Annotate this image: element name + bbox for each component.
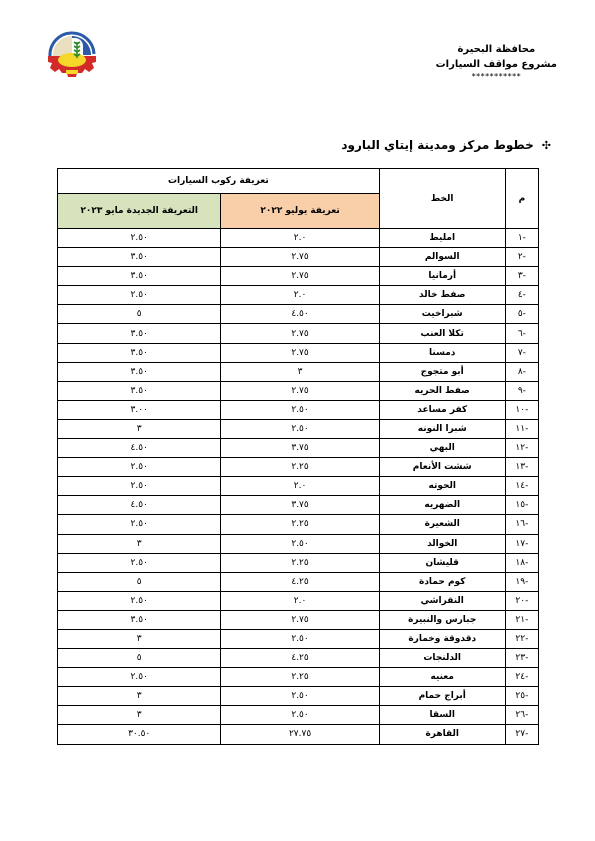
row-number: -١٢ <box>505 439 538 458</box>
route-name: الدلنجات <box>379 649 505 668</box>
row-number: -٢٤ <box>505 668 538 687</box>
table-row: -١٧الخوالد٢.٥٠٣ <box>58 534 539 553</box>
table-row: -٧دمسنا٢.٧٥٣.٥٠ <box>58 343 539 362</box>
row-number: -٢٧ <box>505 725 538 744</box>
fare-july-2022: ٢.٧٥ <box>221 343 379 362</box>
bullet-icon: ✣ <box>542 139 551 152</box>
route-name: صفط خالد <box>379 286 505 305</box>
fare-july-2022: ٣.٧٥ <box>221 496 379 515</box>
fare-new-may-2023: ٢.٥٠ <box>58 477 221 496</box>
table-row: -١امليط٢.٠٢.٥٠ <box>58 229 539 248</box>
fare-july-2022: ٣.٧٥ <box>221 439 379 458</box>
fare-july-2022: ٢.٥٠ <box>221 706 379 725</box>
fare-new-may-2023: ٢.٥٠ <box>58 668 221 687</box>
organization-header: محافظة البحيرة مشروع مواقف السيارات ****… <box>436 42 557 82</box>
fare-july-2022: ٢.٢٥ <box>221 515 379 534</box>
fare-new-may-2023: ٣ <box>58 629 221 648</box>
row-number: -٢١ <box>505 610 538 629</box>
column-header-new-may-2023: التعريفة الجديدة مايو ٢٠٢٣ <box>58 194 221 229</box>
route-name: أبو متجوج <box>379 362 505 381</box>
fare-july-2022: ٢.٧٥ <box>221 610 379 629</box>
table-row: -١٤الحوته٢.٠٢.٥٠ <box>58 477 539 496</box>
row-number: -٢٥ <box>505 687 538 706</box>
fare-july-2022: ٢.٧٥ <box>221 267 379 286</box>
governorate-name: محافظة البحيرة <box>436 42 557 57</box>
fare-july-2022: ٢.٧٥ <box>221 324 379 343</box>
fare-new-may-2023: ٢.٥٠ <box>58 458 221 477</box>
fare-july-2022: ٢.٢٥ <box>221 458 379 477</box>
fare-new-may-2023: ٣.٠٠ <box>58 400 221 419</box>
table-row: -١٥الضهريه٣.٧٥٤.٥٠ <box>58 496 539 515</box>
row-number: -١٨ <box>505 553 538 572</box>
route-name: الشعيرة <box>379 515 505 534</box>
row-number: -٢٣ <box>505 649 538 668</box>
row-number: -١٥ <box>505 496 538 515</box>
route-name: جبارس والنبيرة <box>379 610 505 629</box>
row-number: -٥ <box>505 305 538 324</box>
fare-july-2022: ٢.٠ <box>221 286 379 305</box>
route-name: دقدوقة وخمارة <box>379 629 505 648</box>
table-row: -٦تكلا العنب٢.٧٥٣.٥٠ <box>58 324 539 343</box>
fare-new-may-2023: ٣٠.٥٠ <box>58 725 221 744</box>
row-number: -٢٦ <box>505 706 538 725</box>
row-number: -١٠ <box>505 400 538 419</box>
route-name: كوم حمادة <box>379 572 505 591</box>
fare-july-2022: ٤.٥٠ <box>221 305 379 324</box>
fare-july-2022: ٢.٠ <box>221 229 379 248</box>
fare-new-may-2023: ٣.٥٠ <box>58 610 221 629</box>
route-name: السقا <box>379 706 505 725</box>
fare-new-may-2023: ٣ <box>58 687 221 706</box>
route-name: الخوالد <box>379 534 505 553</box>
table-row: -٢٣الدلنجات٤.٢٥٥ <box>58 649 539 668</box>
fare-july-2022: ٢.٢٥ <box>221 668 379 687</box>
column-header-route: الخط <box>379 169 505 229</box>
route-name: النقراشي <box>379 591 505 610</box>
table-row: -٣أرمانيا٢.٧٥٣.٥٠ <box>58 267 539 286</box>
table-row: -٤صفط خالد٢.٠٢.٥٠ <box>58 286 539 305</box>
route-name: أرمانيا <box>379 267 505 286</box>
table-row: -١٢البهي٣.٧٥٤.٥٠ <box>58 439 539 458</box>
fare-july-2022: ٢.٥٠ <box>221 400 379 419</box>
section-title-text: خطوط مركز ومدينة إيتاي البارود <box>341 138 533 152</box>
fare-july-2022: ٤.٢٥ <box>221 649 379 668</box>
table-row: -٨أبو متجوج٣٣.٥٠ <box>58 362 539 381</box>
table-row: -١٦الشعيرة٢.٢٥٢.٥٠ <box>58 515 539 534</box>
route-name: دمسنا <box>379 343 505 362</box>
fare-july-2022: ٢.٢٥ <box>221 553 379 572</box>
row-number: -١٦ <box>505 515 538 534</box>
route-name: امليط <box>379 229 505 248</box>
table-row: -٢٢دقدوقة وخمارة٢.٥٠٣ <box>58 629 539 648</box>
row-number: -٩ <box>505 381 538 400</box>
row-number: -٢ <box>505 248 538 267</box>
fare-new-may-2023: ٣ <box>58 534 221 553</box>
fare-table: م الخط تعريفة ركوب السيارات تعريفة يوليو… <box>57 168 539 745</box>
table-row: -٩صفط الحريه٢.٧٥٣.٥٠ <box>58 381 539 400</box>
table-row: -٢٧القاهرة٢٧.٧٥٣٠.٥٠ <box>58 725 539 744</box>
fare-new-may-2023: ٣ <box>58 419 221 438</box>
fare-new-may-2023: ٤.٥٠ <box>58 439 221 458</box>
route-name: قليشان <box>379 553 505 572</box>
table-row: -١١شبرا النونه٢.٥٠٣ <box>58 419 539 438</box>
fare-july-2022: ٣ <box>221 362 379 381</box>
route-name: الحوته <box>379 477 505 496</box>
fare-july-2022: ٢.٧٥ <box>221 381 379 400</box>
fare-new-may-2023: ٢.٥٠ <box>58 229 221 248</box>
row-number: -٣ <box>505 267 538 286</box>
route-name: صفط الحريه <box>379 381 505 400</box>
row-number: -٢٠ <box>505 591 538 610</box>
route-name: شبرا النونه <box>379 419 505 438</box>
fare-july-2022: ٢.٥٠ <box>221 534 379 553</box>
row-number: -١٣ <box>505 458 538 477</box>
table-row: -٢٤معنيه٢.٢٥٢.٥٠ <box>58 668 539 687</box>
route-name: الضهريه <box>379 496 505 515</box>
fare-new-may-2023: ٢.٥٠ <box>58 515 221 534</box>
row-number: -١ <box>505 229 538 248</box>
row-number: -٦ <box>505 324 538 343</box>
beheira-governorate-logo-icon <box>42 22 102 82</box>
fare-new-may-2023: ٢.٥٠ <box>58 591 221 610</box>
table-row: -١٩كوم حمادة٤.٢٥٥ <box>58 572 539 591</box>
fare-july-2022: ٢.٥٠ <box>221 687 379 706</box>
table-row: -١٠كفر مساعد٢.٥٠٣.٠٠ <box>58 400 539 419</box>
table-row: -١٨قليشان٢.٢٥٢.٥٠ <box>58 553 539 572</box>
route-name: البهي <box>379 439 505 458</box>
fare-july-2022: ٢.٥٠ <box>221 419 379 438</box>
fare-new-may-2023: ٣.٥٠ <box>58 381 221 400</box>
fare-new-may-2023: ٣.٥٠ <box>58 324 221 343</box>
table-row: -٢٥أبراج حمام٢.٥٠٣ <box>58 687 539 706</box>
fare-july-2022: ٢٧.٧٥ <box>221 725 379 744</box>
row-number: -٧ <box>505 343 538 362</box>
fare-new-may-2023: ٢.٥٠ <box>58 286 221 305</box>
fare-new-may-2023: ٥ <box>58 649 221 668</box>
header-separator: *********** <box>436 72 557 82</box>
table-row: -٢٠النقراشي٢.٠٢.٥٠ <box>58 591 539 610</box>
fare-new-may-2023: ٥ <box>58 305 221 324</box>
table-row: -١٣ششت الأنعام٢.٢٥٢.٥٠ <box>58 458 539 477</box>
fare-july-2022: ٢.٠ <box>221 591 379 610</box>
route-name: كفر مساعد <box>379 400 505 419</box>
table-row: -٢١جبارس والنبيرة٢.٧٥٣.٥٠ <box>58 610 539 629</box>
route-name: أبراج حمام <box>379 687 505 706</box>
route-name: معنيه <box>379 668 505 687</box>
row-number: -٤ <box>505 286 538 305</box>
row-number: -٨ <box>505 362 538 381</box>
fare-new-may-2023: ٣ <box>58 706 221 725</box>
column-group-fares: تعريفة ركوب السيارات <box>58 169 380 194</box>
fare-new-may-2023: ٤.٥٠ <box>58 496 221 515</box>
route-name: القاهرة <box>379 725 505 744</box>
fare-new-may-2023: ٣.٥٠ <box>58 362 221 381</box>
fare-new-may-2023: ٣.٥٠ <box>58 267 221 286</box>
route-name: ششت الأنعام <box>379 458 505 477</box>
fare-july-2022: ٢.٥٠ <box>221 629 379 648</box>
fare-july-2022: ٤.٢٥ <box>221 572 379 591</box>
project-name: مشروع مواقف السيارات <box>436 57 557 72</box>
row-number: -٢٢ <box>505 629 538 648</box>
fare-new-may-2023: ٢.٥٠ <box>58 553 221 572</box>
row-number: -١٤ <box>505 477 538 496</box>
fare-new-may-2023: ٣.٥٠ <box>58 248 221 267</box>
table-row: -٢السوالم٢.٧٥٣.٥٠ <box>58 248 539 267</box>
route-name: تكلا العنب <box>379 324 505 343</box>
fare-july-2022: ٢.٧٥ <box>221 248 379 267</box>
table-row: -٥شبراخيت٤.٥٠٥ <box>58 305 539 324</box>
section-title: ✣ خطوط مركز ومدينة إيتاي البارود <box>341 138 551 152</box>
column-header-july-2022: تعريفة يوليو ٢٠٢٢ <box>221 194 379 229</box>
route-name: السوالم <box>379 248 505 267</box>
row-number: -١٧ <box>505 534 538 553</box>
column-header-number: م <box>505 169 538 229</box>
fare-new-may-2023: ٥ <box>58 572 221 591</box>
fare-new-may-2023: ٣.٥٠ <box>58 343 221 362</box>
fare-july-2022: ٢.٠ <box>221 477 379 496</box>
row-number: -١١ <box>505 419 538 438</box>
row-number: -١٩ <box>505 572 538 591</box>
route-name: شبراخيت <box>379 305 505 324</box>
table-row: -٢٦السقا٢.٥٠٣ <box>58 706 539 725</box>
